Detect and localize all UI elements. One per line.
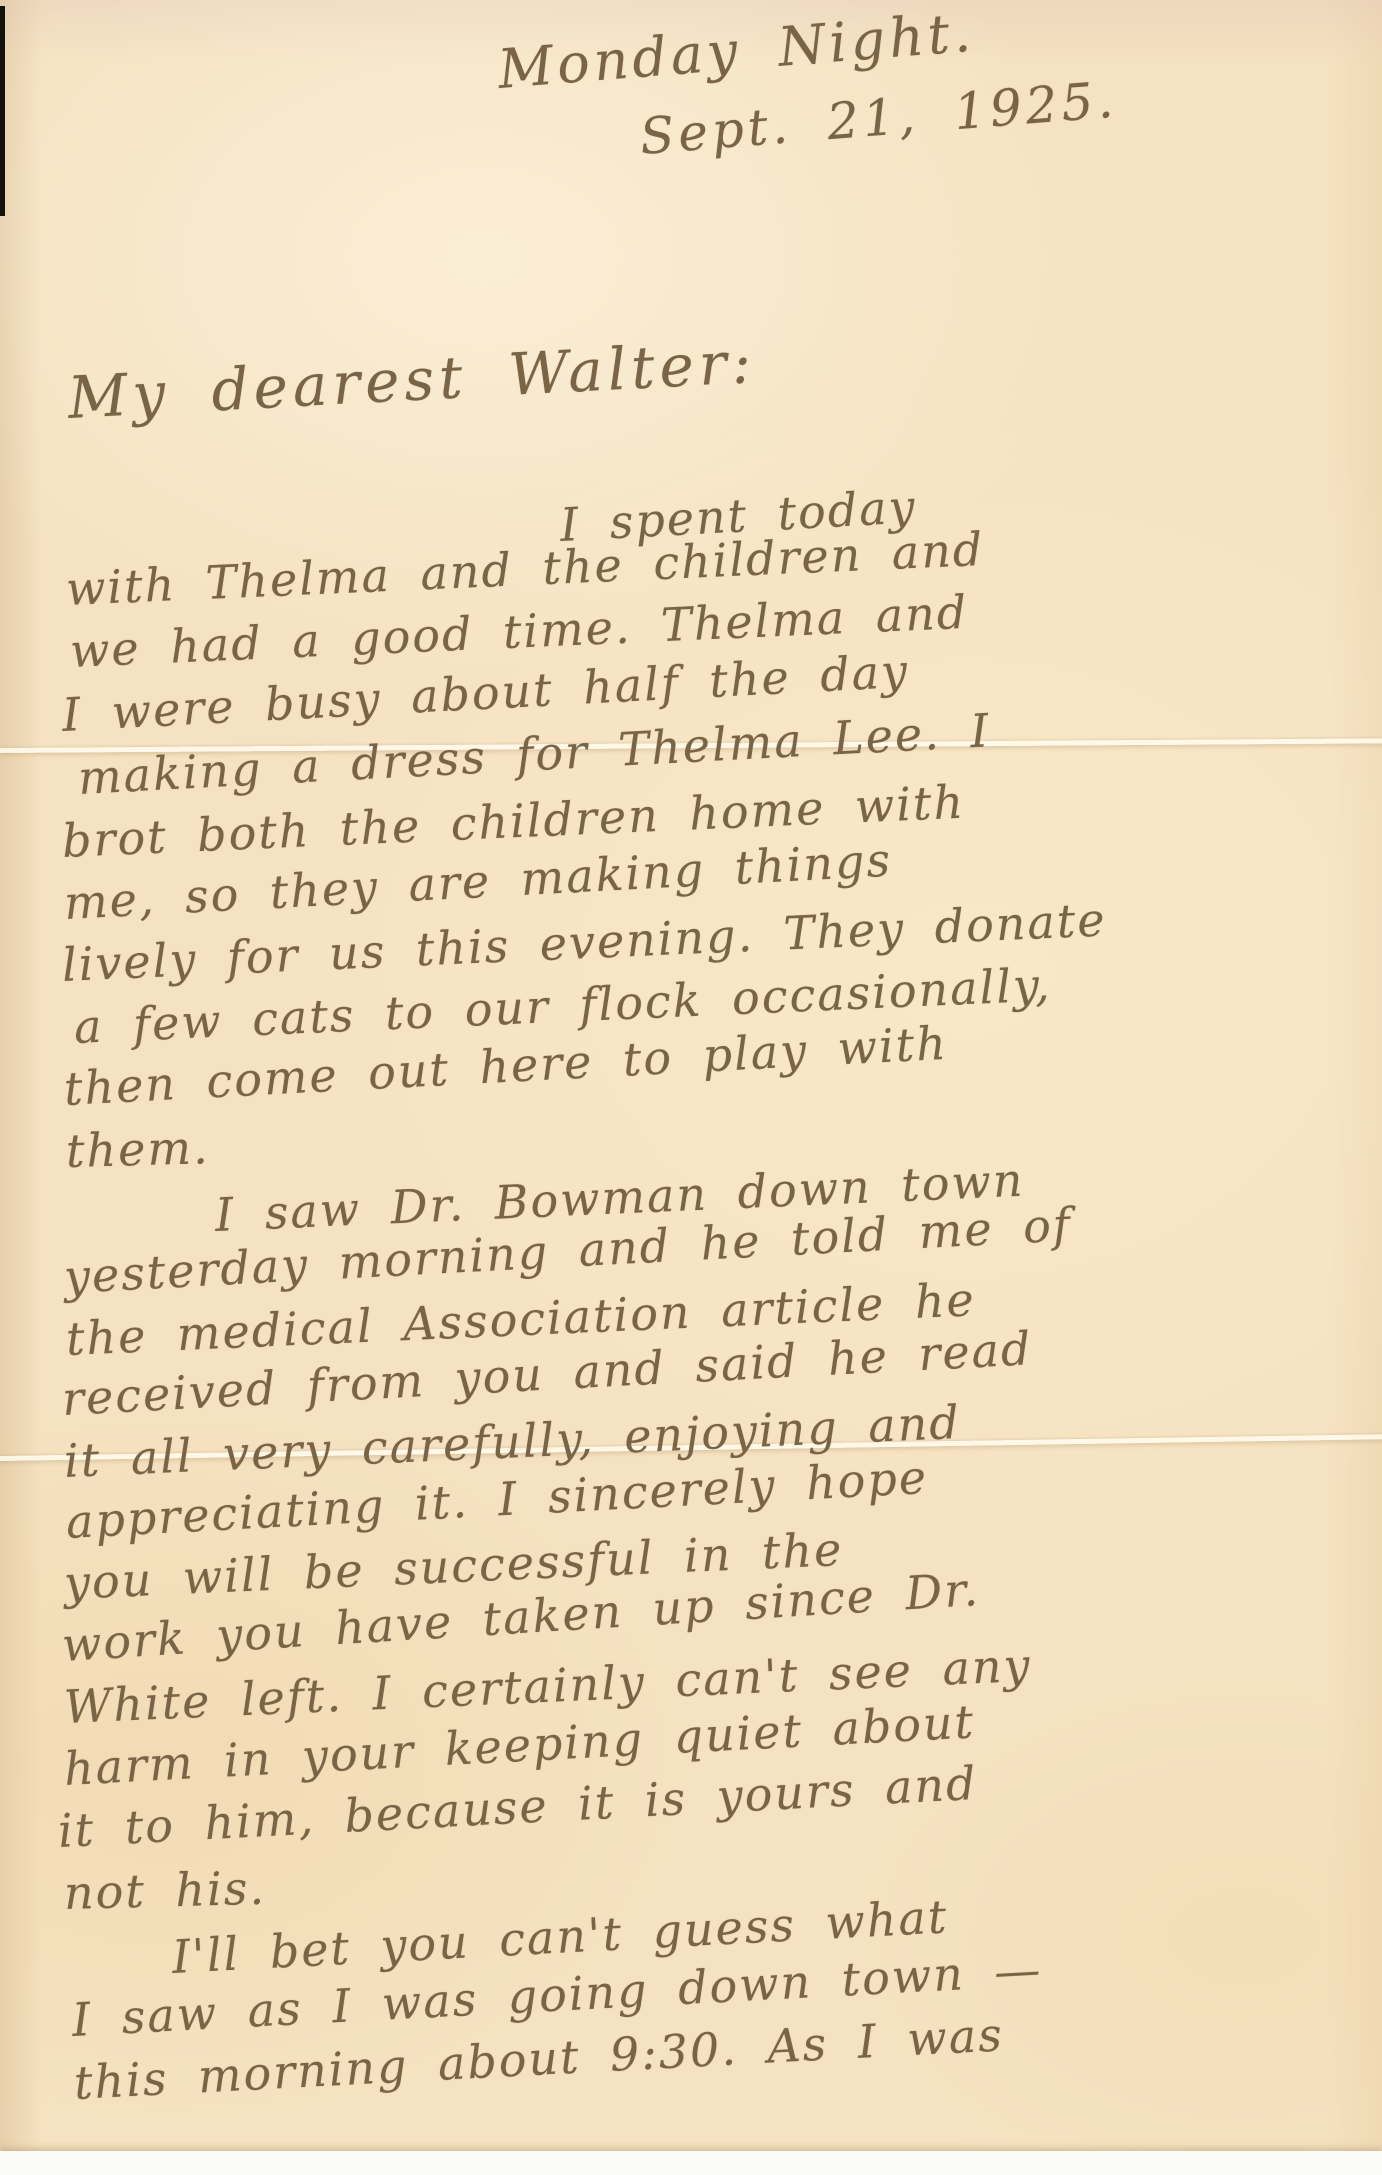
scanner-background-strip xyxy=(0,2151,1382,2175)
scan-edge xyxy=(0,6,5,216)
letter-line: not his. xyxy=(63,1865,266,1916)
letter-line: them. xyxy=(65,1124,210,1174)
scanned-letter-page: Monday Night. Sept. 21, 1925. My dearest… xyxy=(0,0,1382,2175)
